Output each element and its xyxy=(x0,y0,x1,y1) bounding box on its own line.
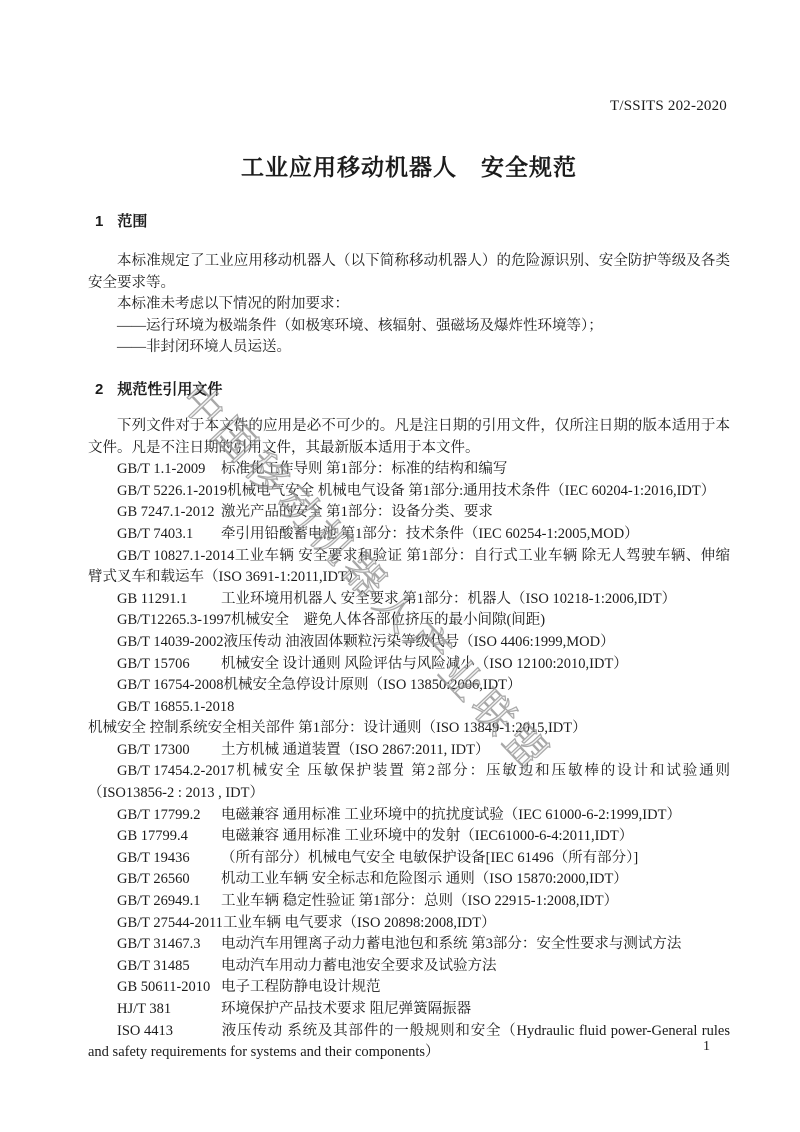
reference-code: GB/T 26560 xyxy=(117,869,221,891)
reference-description: （所有部分）机械电气安全 电敏保护设备[IEC 61496（所有部分）] xyxy=(221,850,638,866)
reference-entry: GB 11291.1工业环境用机器人 安全要求 第1部分：机器人（ISO 102… xyxy=(88,589,730,611)
reference-entry: GB 7247.1-2012激光产品的安全 第1部分：设备分类、要求 xyxy=(88,502,730,524)
reference-code: GB/T 26949.1 xyxy=(117,891,221,913)
reference-entry: GB/T 26949.1工业车辆 稳定性验证 第1部分：总则（ISO 22915… xyxy=(88,891,730,913)
reference-entry: GB/T 26560机动工业车辆 安全标志和危险图示 通则（ISO 15870:… xyxy=(88,869,730,891)
reference-description: 工业环境用机器人 安全要求 第1部分：机器人（ISO 10218-1:2006,… xyxy=(221,591,676,607)
reference-code: GB/T 17799.2 xyxy=(117,805,221,827)
reference-description: 工业车辆 电气要求（ISO 20898:2008,IDT） xyxy=(223,915,496,931)
section-heading-scope: 1范围 xyxy=(95,212,730,232)
scope-section: 本标准规定了工业应用移动机器人（以下简称移动机器人）的危险源识别、安全防护等级及… xyxy=(88,251,730,359)
scope-paragraph-2: 本标准未考虑以下情况的附加要求： xyxy=(88,294,730,316)
page-number: 1 xyxy=(703,1039,710,1055)
reference-code: GB/T 19436 xyxy=(117,848,221,870)
reference-code: GB 50611-2010 xyxy=(117,977,221,999)
reference-entry: GB/T 17300土方机械 通道装置（ISO 2867:2011, IDT） xyxy=(88,740,730,762)
reference-description: 工业车辆 稳定性验证 第1部分：总则（ISO 22915-1:2008,IDT） xyxy=(221,893,618,909)
reference-description: 机械安全 避免人体各部位挤压的最小间隙(间距) xyxy=(231,612,545,628)
reference-entry: GB/T 15706机械安全 设计通则 风险评估与风险减小（ISO 12100:… xyxy=(88,654,730,676)
page-content: 工业应用移动机器人 安全规范 1范围 本标准规定了工业应用移动机器人（以下简称移… xyxy=(0,152,800,1064)
scope-bullet: ——非封闭环境人员运送。 xyxy=(88,337,730,359)
reference-entry: GB/T 5226.1-2019机械电气安全 机械电气设备 第1部分:通用技术条… xyxy=(88,481,730,503)
reference-code: GB/T 16754-2008 xyxy=(117,675,223,697)
reference-code: GB/T 1.1-2009 xyxy=(117,459,221,481)
reference-entry: GB/T 16855.1-2018机械安全 控制系统安全相关部件 第1部分：设计… xyxy=(88,697,730,740)
section-label-scope: 范围 xyxy=(117,213,147,230)
reference-code: GB/T 16855.1-2018 xyxy=(117,697,234,719)
reference-code: HJ/T 381 xyxy=(117,999,221,1021)
reference-description: 机械电气安全 机械电气设备 第1部分:通用技术条件（IEC 60204-1:20… xyxy=(227,483,715,499)
reference-code: GB/T 5226.1-2019 xyxy=(117,481,227,503)
reference-description: 标准化工作导则 第1部分：标准的结构和编写 xyxy=(221,461,507,477)
reference-entry: GB/T 31467.3电动汽车用锂离子动力蓄电池包和系统 第3部分：安全性要求… xyxy=(88,934,730,956)
reference-code: GB/T 27544-2011 xyxy=(117,913,223,935)
reference-entry: GB/T 14039-2002液压传动 油液固体颗粒污染等级代号（ISO 440… xyxy=(88,632,730,654)
reference-code: GB/T 7403.1 xyxy=(117,524,221,546)
reference-entry: HJ/T 381环境保护产品技术要求 阻尼弹簧隔振器 xyxy=(88,999,730,1021)
reference-description: 环境保护产品技术要求 阻尼弹簧隔振器 xyxy=(221,1001,471,1017)
reference-entry: GB/T 17799.2电磁兼容 通用标准 工业环境中的抗扰度试验（IEC 61… xyxy=(88,805,730,827)
reference-description: 机械安全 控制系统安全相关部件 第1部分：设计通则（ISO 13849-1:20… xyxy=(88,720,587,736)
document-page: 中国移动机器人产业联盟 T/SSITS 202-2020 工业应用移动机器人 安… xyxy=(0,0,800,1132)
reference-description: 电子工程防静电设计规范 xyxy=(221,979,381,995)
reference-entry: GB/T 31485电动汽车用动力蓄电池安全要求及试验方法 xyxy=(88,956,730,978)
doc-number: T/SSITS 202-2020 xyxy=(0,0,800,115)
reference-description: 电磁兼容 通用标准 工业环境中的抗扰度试验（IEC 61000-6-2:1999… xyxy=(221,807,681,823)
reference-code: GB/T 14039-2002 xyxy=(117,632,223,654)
references-list: GB/T 1.1-2009标准化工作导则 第1部分：标准的结构和编写 GB/T … xyxy=(88,459,730,1064)
reference-code: GB 7247.1-2012 xyxy=(117,502,221,524)
section-number-scope: 1 xyxy=(95,213,103,230)
reference-entry: GB/T 27544-2011工业车辆 电气要求（ISO 20898:2008,… xyxy=(88,913,730,935)
reference-description: 液压传动 油液固体颗粒污染等级代号（ISO 4406:1999,MOD） xyxy=(223,634,614,650)
section-number-references: 2 xyxy=(95,381,103,398)
reference-description: 机械安全急停设计原则（ISO 13850:2006,IDT） xyxy=(223,677,521,693)
reference-description: 土方机械 通道装置（ISO 2867:2011, IDT） xyxy=(221,742,490,758)
reference-code: GB/T 31467.3 xyxy=(117,934,221,956)
reference-description: 机械安全 设计通则 风险评估与风险减小（ISO 12100:2010,IDT） xyxy=(221,656,628,672)
reference-code: ISO 4413 xyxy=(117,1021,221,1043)
reference-entry: GB/T12265.3-1997机械安全 避免人体各部位挤压的最小间隙(间距) xyxy=(88,610,730,632)
doc-title: 工业应用移动机器人 安全规范 xyxy=(88,152,730,182)
reference-code: GB 11291.1 xyxy=(117,589,221,611)
reference-entry: GB/T 10827.1-2014工业车辆 安全要求和验证 第1部分：自行式工业… xyxy=(88,546,730,589)
reference-entry: GB/T 7403.1牵引用铅酸蓄电池 第1部分：技术条件（IEC 60254-… xyxy=(88,524,730,546)
reference-description: 牵引用铅酸蓄电池 第1部分：技术条件（IEC 60254-1:2005,MOD） xyxy=(221,526,639,542)
reference-code: GB/T 17300 xyxy=(117,740,221,762)
reference-description: 机动工业车辆 安全标志和危险图示 通则（ISO 15870:2000,IDT） xyxy=(221,871,628,887)
section-label-references: 规范性引用文件 xyxy=(117,381,222,398)
reference-description: 电动汽车用动力蓄电池安全要求及试验方法 xyxy=(221,958,497,974)
scope-bullet: ——运行环境为极端条件（如极寒环境、核辐射、强磁场及爆炸性环境等）； xyxy=(88,316,730,338)
reference-code: GB/T 31485 xyxy=(117,956,221,978)
reference-entry: GB 50611-2010电子工程防静电设计规范 xyxy=(88,977,730,999)
reference-code: GB 17799.4 xyxy=(117,826,221,848)
section-heading-references: 2规范性引用文件 xyxy=(95,380,730,400)
reference-code: GB/T 17454.2-2017 xyxy=(117,761,234,783)
reference-entry: GB 17799.4电磁兼容 通用标准 工业环境中的发射（IEC61000-6-… xyxy=(88,826,730,848)
references-intro: 下列文件对于本文件的应用是必不可少的。凡是注日期的引用文件，仅所注日期的版本适用… xyxy=(88,416,730,459)
scope-paragraph-1: 本标准规定了工业应用移动机器人（以下简称移动机器人）的危险源识别、安全防护等级及… xyxy=(88,251,730,294)
reference-code: GB/T 15706 xyxy=(117,654,221,676)
reference-code: GB/T 10827.1-2014 xyxy=(117,546,234,568)
reference-description: 电磁兼容 通用标准 工业环境中的发射（IEC61000-6-4:2011,IDT… xyxy=(221,828,633,844)
reference-entry: GB/T 16754-2008机械安全急停设计原则（ISO 13850:2006… xyxy=(88,675,730,697)
reference-code: GB/T12265.3-1997 xyxy=(117,610,231,632)
reference-description: 电动汽车用锂离子动力蓄电池包和系统 第3部分：安全性要求与测试方法 xyxy=(221,936,681,952)
reference-entry: GB/T 17454.2-2017机械安全 压敏保护装置 第2部分：压敏边和压敏… xyxy=(88,761,730,804)
scope-bullets: ——运行环境为极端条件（如极寒环境、核辐射、强磁场及爆炸性环境等）； ——非封闭… xyxy=(88,316,730,359)
reference-entry: GB/T 1.1-2009标准化工作导则 第1部分：标准的结构和编写 xyxy=(88,459,730,481)
reference-entry: ISO 4413液压传动 系统及其部件的一般规则和安全（Hydraulic fl… xyxy=(88,1021,730,1064)
reference-description: 激光产品的安全 第1部分：设备分类、要求 xyxy=(221,504,493,520)
reference-entry: GB/T 19436（所有部分）机械电气安全 电敏保护设备[IEC 61496（… xyxy=(88,848,730,870)
